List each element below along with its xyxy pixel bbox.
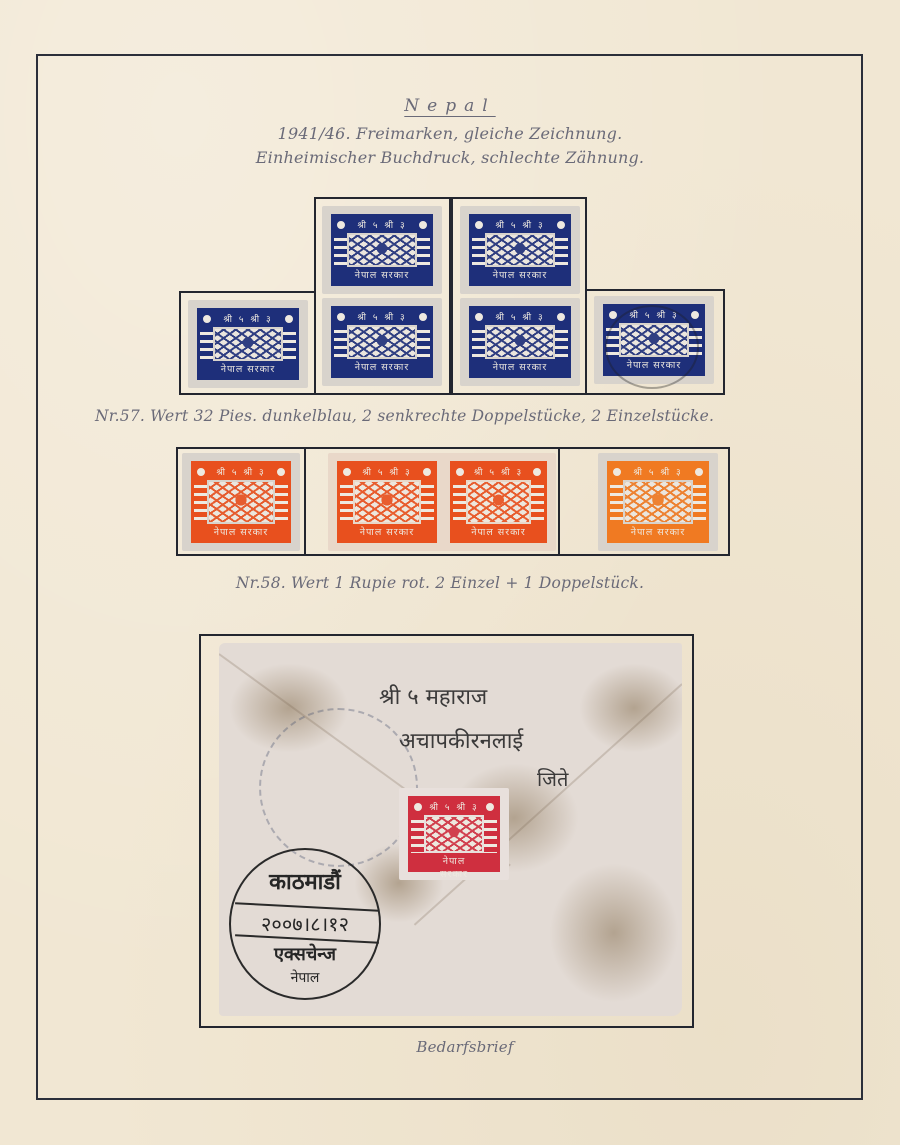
stamp-design: श्री ५ श्री ३ मनेपाल सरकार xyxy=(197,308,299,380)
stamp-top-band: श्री ५ श्री ३ म xyxy=(610,464,706,480)
cover-address-line-1: श्री ५ महाराज xyxy=(379,681,487,711)
stamp-bottom-text: नेपाल सरकार xyxy=(626,525,690,538)
moon-icon xyxy=(454,466,466,478)
postmark-country: नेपाल xyxy=(231,968,379,987)
moon-icon xyxy=(201,313,213,325)
stamp-vignette xyxy=(209,482,273,522)
stamp-bottom-text: नेपाल सरकार xyxy=(488,268,552,281)
stamp-design: श्री ५ श्री ३ मनेपाल सरकार xyxy=(191,461,291,543)
cover-address-line-3: जिते xyxy=(537,765,568,792)
stamp-nr57-blue-1: श्री ५ श्री ३ मनेपाल सरकार xyxy=(188,300,308,388)
stamp-bottom-text: नेपाल सरकार xyxy=(350,360,414,373)
stamp-bottom-band: नेपाल सरकार xyxy=(610,524,706,540)
stamp-nr58-red-1: श्री ५ श्री ३ मनेपाल सरकार xyxy=(182,453,300,551)
stamp-top-band: श्री ५ श्री ३ म xyxy=(334,217,430,233)
stamp-bottom-band: नेपाल सरकार xyxy=(411,853,497,869)
sun-icon xyxy=(283,313,295,325)
caption-nr58: Nr.58. Wert 1 Rupie rot. 2 Einzel + 1 Do… xyxy=(0,574,880,592)
stamp-nr57-blue-3: श्री ५ श्री ३ मनेपाल सरकार xyxy=(322,298,442,386)
stamp-bottom-band: नेपाल सरकार xyxy=(340,524,434,540)
stamp-side-panel xyxy=(484,815,497,853)
stamp-vignette xyxy=(487,327,553,357)
sun-icon xyxy=(417,311,429,323)
page-subtitle-printing: Einheimischer Buchdruck, schlechte Zähnu… xyxy=(0,148,900,167)
postmark-city: काठमाडौं xyxy=(231,866,379,896)
stamp-design: श्री ५ श्री ३ मनेपाल सरकार xyxy=(331,306,433,378)
stamp-bottom-band: नेपाल सरकार xyxy=(453,524,544,540)
stamp-nr57-blue-5: श्री ५ श्री ३ मनेपाल सरकार xyxy=(460,298,580,386)
moon-icon xyxy=(611,466,623,478)
stamp-side-panel xyxy=(275,480,288,524)
stamp-bottom-text: नेपाल सरकार xyxy=(350,268,414,281)
stamp-nr58-orange-1: श्री ५ श्री ३ मनेपाल सरकार xyxy=(598,453,718,551)
stamp-side-panel xyxy=(334,325,347,359)
stamp-bottom-band: नेपाल सरकार xyxy=(200,361,296,377)
stamp-side-panel xyxy=(453,480,466,524)
stamp-on-cover: श्री ५ श्री ३ मनेपाल सरकार xyxy=(399,788,509,880)
stamp-bottom-text: नेपाल सरकार xyxy=(216,362,280,375)
stamp-side-panel xyxy=(531,480,544,524)
stamp-design: श्री ५ श्री ३ मनेपाल सरकार xyxy=(607,461,709,543)
stamp-vignette xyxy=(215,329,281,359)
cover-address-line-2: अचापकीरनलाई xyxy=(399,725,523,755)
stamp-vignette xyxy=(426,817,482,851)
stamp-side-panel xyxy=(194,480,207,524)
sun-icon xyxy=(693,466,705,478)
moon-icon xyxy=(412,801,424,813)
stamp-bottom-text: नेपाल सरकार xyxy=(356,525,418,538)
kathmandu-postmark: काठमाडौं २००७।८।१२ एक्सचेन्ज नेपाल xyxy=(229,848,381,1000)
stamp-nr58-red-pair-right: श्री ५ श्री ३ मनेपाल सरकार xyxy=(441,453,556,551)
stamp-top-band: श्री ५ श्री ३ म xyxy=(472,217,568,233)
moon-icon xyxy=(341,466,353,478)
stamp-top-band: श्री ५ श्री ३ म xyxy=(472,309,568,325)
sun-icon xyxy=(555,311,567,323)
moon-icon xyxy=(195,466,207,478)
sun-icon xyxy=(484,801,496,813)
stamp-design: श्री ५ श्री ३ मनेपाल सरकार xyxy=(337,461,437,543)
stamp-nr57-blue-4: श्री ५ श्री ३ मनेपाल सरकार xyxy=(460,206,580,294)
stamp-bottom-band: नेपाल सरकार xyxy=(472,267,568,283)
stamp-side-panel xyxy=(693,480,706,524)
stamp-nr58-red-pair-left: श्री ५ श्री ३ मनेपाल सरकार xyxy=(328,453,446,551)
stamp-vignette xyxy=(468,482,529,522)
stamp-bottom-text: नेपाल सरकार xyxy=(469,525,528,538)
stamp-side-panel xyxy=(555,233,568,267)
sun-icon xyxy=(531,466,543,478)
stamp-vignette xyxy=(349,235,415,265)
moon-icon xyxy=(473,311,485,323)
stamp-side-panel xyxy=(283,327,296,361)
moon-icon xyxy=(473,219,485,231)
stamp-design: श्री ५ श्री ३ मनेपाल सरकार xyxy=(450,461,547,543)
cover-stain xyxy=(549,863,679,1003)
cover-stain xyxy=(579,663,682,753)
page-subtitle-issue: 1941/46. Freimarken, gleiche Zeichnung. xyxy=(0,124,900,143)
stamp-side-panel xyxy=(421,480,434,524)
postmark-office: एक्सचेन्ज xyxy=(231,942,379,966)
stamp-side-panel xyxy=(417,233,430,267)
stamp-design: श्री ५ श्री ३ मनेपाल सरकार xyxy=(331,214,433,286)
stamp-side-panel xyxy=(472,233,485,267)
stamp-vignette xyxy=(355,482,419,522)
sheet-margin-line xyxy=(337,470,339,518)
sun-icon xyxy=(275,466,287,478)
stamp-bottom-text: नेपाल सरकार xyxy=(427,854,481,880)
cancellation-mark xyxy=(605,305,699,389)
stamp-design: श्री ५ श्री ३ मनेपाल सरकार xyxy=(408,796,500,872)
stamp-top-band: श्री ५ श्री ३ म xyxy=(334,309,430,325)
caption-nr57: Nr.57. Wert 32 Pies. dunkelblau, 2 senkr… xyxy=(95,407,714,425)
stamp-bottom-text: नेपाल सरकार xyxy=(488,360,552,373)
cover-envelope: श्री ५ महाराज अचापकीरनलाई जिते श्री ५ श्… xyxy=(219,643,682,1016)
stamp-side-panel xyxy=(472,325,485,359)
stamp-side-panel xyxy=(417,325,430,359)
stamp-vignette xyxy=(625,482,691,522)
stamp-side-panel xyxy=(610,480,623,524)
stamp-side-panel xyxy=(340,480,353,524)
stamp-bottom-band: नेपाल सरकार xyxy=(334,267,430,283)
stamp-bottom-band: नेपाल सरकार xyxy=(334,359,430,375)
sun-icon xyxy=(417,219,429,231)
stamp-top-band: श्री ५ श्री ३ म xyxy=(340,464,434,480)
stamp-bottom-band: नेपाल सरकार xyxy=(194,524,288,540)
moon-icon xyxy=(335,219,347,231)
stamp-side-panel xyxy=(555,325,568,359)
sun-icon xyxy=(689,309,701,321)
postmark-date: २००७।८।१२ xyxy=(231,910,379,937)
sun-icon xyxy=(421,466,433,478)
stamp-vignette xyxy=(487,235,553,265)
sun-icon xyxy=(555,219,567,231)
stamp-vignette xyxy=(349,327,415,357)
stamp-nr57-blue-2: श्री ५ श्री ३ मनेपाल सरकार xyxy=(322,206,442,294)
ghost-seal-impression xyxy=(259,708,418,867)
stamp-bottom-band: नेपाल सरकार xyxy=(472,359,568,375)
moon-icon xyxy=(335,311,347,323)
stamp-top-band: श्री ५ श्री ३ म xyxy=(194,464,288,480)
stamp-top-band: श्री ५ श्री ३ म xyxy=(200,311,296,327)
stamp-design: श्री ५ श्री ३ मनेपाल सरकार xyxy=(469,306,571,378)
stamp-side-panel xyxy=(334,233,347,267)
caption-cover: Bedarfsbrief xyxy=(0,1038,900,1056)
stamp-design: श्री ५ श्री ३ मनेपाल सरकार xyxy=(469,214,571,286)
stamp-side-panel xyxy=(200,327,213,361)
stamp-side-panel xyxy=(411,815,424,853)
stamp-bottom-text: नेपाल सरकार xyxy=(210,525,272,538)
page-title: Nepal xyxy=(0,96,900,116)
